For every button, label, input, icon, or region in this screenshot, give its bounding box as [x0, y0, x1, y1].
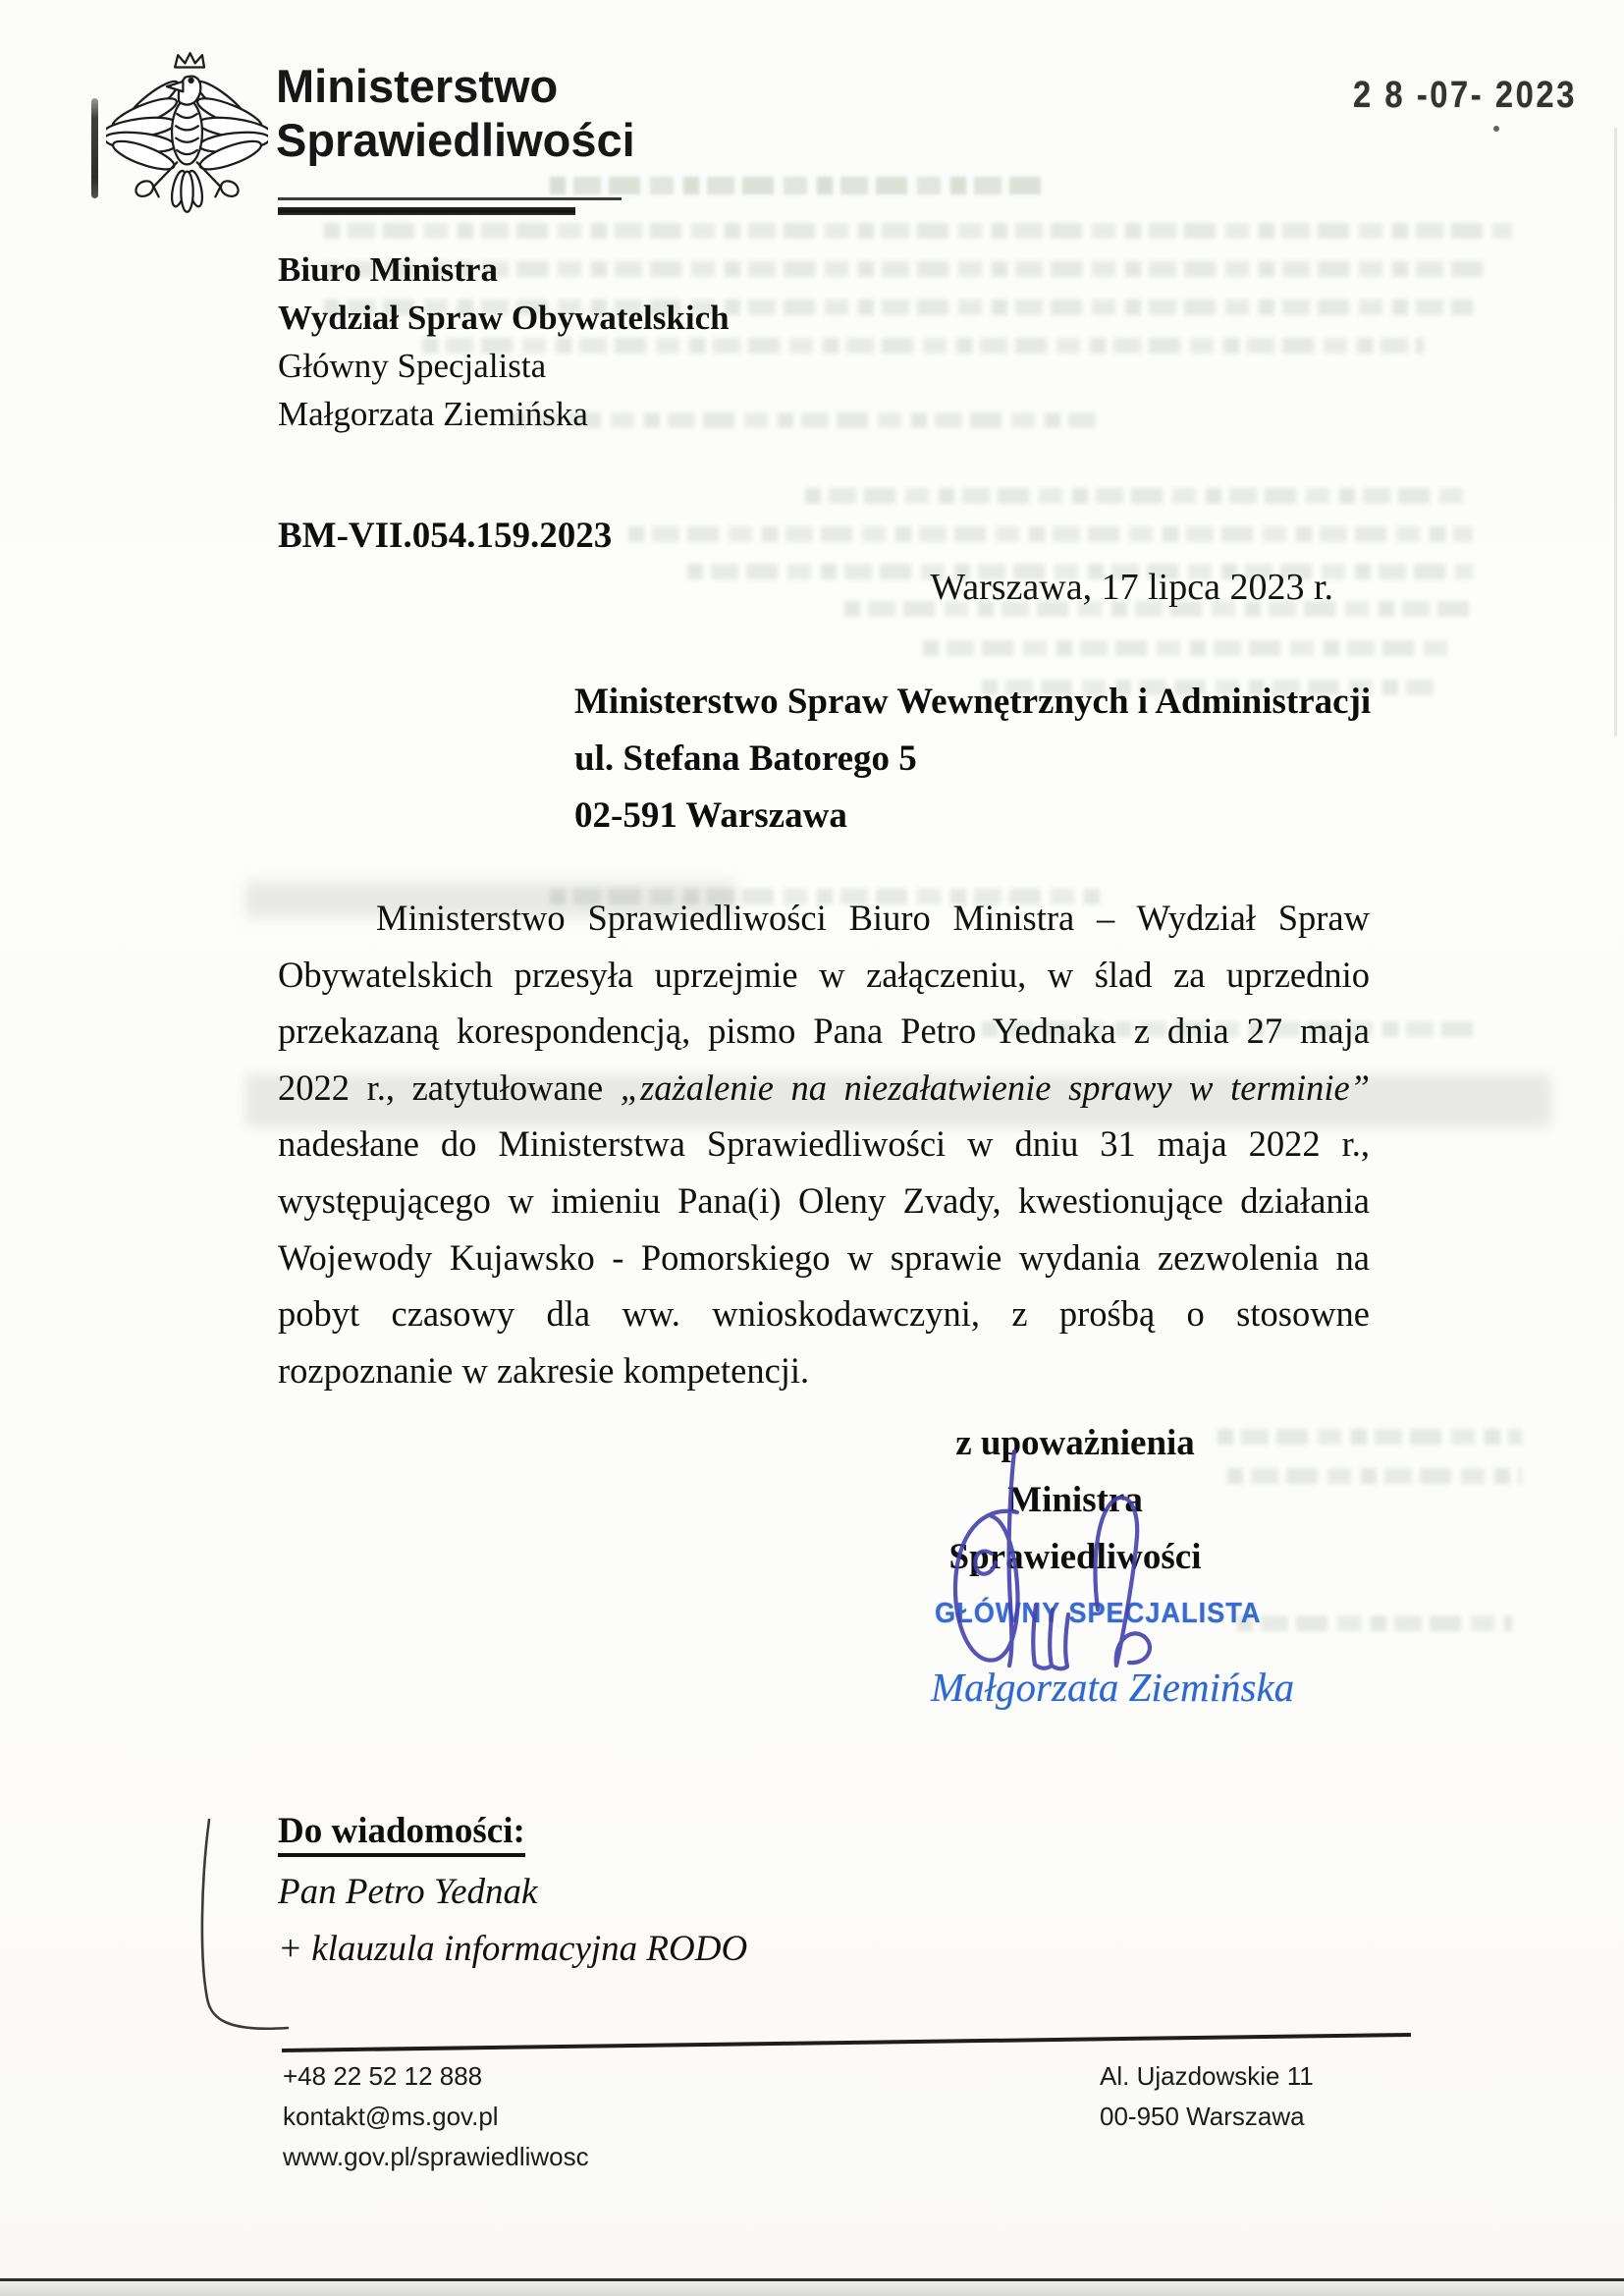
sender-position: Główny Specjalista	[278, 342, 730, 390]
scan-edge-shade	[1614, 128, 1617, 737]
handwritten-signature	[941, 1436, 1196, 1691]
ministry-name-line2: Sprawiedliwości	[276, 113, 635, 167]
footer-contact: +48 22 52 12 888 kontakt@ms.gov.pl www.g…	[283, 2056, 589, 2177]
ministry-name-line1: Ministerstwo	[276, 59, 635, 113]
footer-address: Al. Ujazdowskie 11 00-950 Warszawa	[1100, 2056, 1314, 2137]
body-text-part2: nadesłane do Ministerstwa Sprawiedliwośc…	[278, 1123, 1370, 1390]
recipient-name: Ministerstwo Spraw Wewnętrznych i Admini…	[574, 674, 1371, 731]
place-and-date: Warszawa, 17 lipca 2023 r.	[930, 566, 1333, 609]
scan-bottom-band	[0, 2281, 1624, 2296]
footer-rule	[282, 2033, 1411, 2052]
scan-edge-artifact	[91, 98, 98, 198]
bleed-through-line	[550, 177, 1041, 194]
scanned-letter-page: Ministerstwo Sprawiedliwości 2 8 -07- 20…	[0, 0, 1624, 2296]
sender-block: Biuro Ministra Wydział Spraw Obywatelski…	[278, 246, 730, 438]
recipient-street: ul. Stefana Batorego 5	[574, 731, 1371, 788]
ministry-name: Ministerstwo Sprawiedliwości	[276, 59, 635, 167]
cc-attachment: + klauzula informacyjna RODO	[278, 1928, 747, 1970]
cc-recipient: Pan Petro Yednak	[278, 1871, 537, 1913]
bleed-through-line	[923, 640, 1453, 656]
pen-bracket-mark	[191, 1810, 304, 2046]
body-quoted-title: „zażalenie na niezałatwienie sprawy w te…	[621, 1067, 1370, 1108]
sender-name: Małgorzata Ziemińska	[278, 390, 730, 438]
sender-department: Wydział Spraw Obywatelskich	[278, 294, 730, 342]
footer-email: kontakt@ms.gov.pl	[283, 2097, 589, 2137]
bleed-through-line	[1237, 1615, 1512, 1631]
reference-number: BM-VII.054.159.2023	[278, 515, 612, 557]
letterhead-rule-thin	[278, 197, 622, 200]
footer-website: www.gov.pl/sprawiedliwosc	[283, 2137, 589, 2177]
stamp-dot	[1493, 126, 1499, 132]
letter-body: Ministerstwo Sprawiedliwości Biuro Minis…	[278, 890, 1370, 1398]
bleed-through-line	[324, 223, 1512, 239]
bleed-through-line	[1218, 1429, 1522, 1445]
sender-office: Biuro Ministra	[278, 246, 730, 294]
received-date-stamp: 2 8 -07- 2023	[1353, 75, 1577, 117]
bleed-through-line	[1227, 1468, 1522, 1484]
bleed-through-line	[805, 488, 1473, 504]
footer-phone: +48 22 52 12 888	[283, 2056, 589, 2097]
cc-heading: Do wiadomości:	[278, 1810, 525, 1857]
recipient-city: 02-591 Warszawa	[574, 788, 1371, 845]
footer-address-line2: 00-950 Warszawa	[1100, 2097, 1314, 2137]
letterhead-rule-thick	[278, 207, 575, 215]
footer-address-line1: Al. Ujazdowskie 11	[1100, 2056, 1314, 2097]
polish-eagle-emblem-icon	[106, 49, 268, 218]
recipient-block: Ministerstwo Spraw Wewnętrznych i Admini…	[574, 674, 1371, 845]
bleed-through-line	[628, 526, 1473, 542]
